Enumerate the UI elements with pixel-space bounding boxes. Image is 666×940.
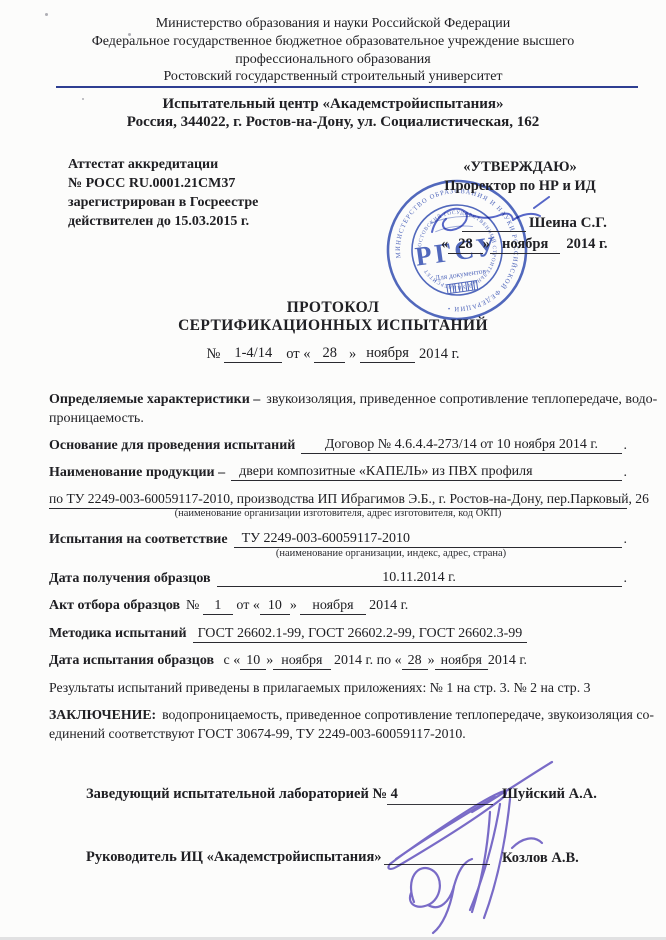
accreditation-block: Аттестат аккредитации № РОСС RU.0001.21С…	[68, 155, 258, 231]
protocol-number-line: №1-4/14от «28»ноября2014 г.	[0, 345, 666, 363]
field-product-value: двери композитные «КАПЕЛЬ» из ПВХ профил…	[231, 464, 621, 481]
protocol-year: 2014 г.	[419, 346, 460, 363]
dates-month1: ноября	[273, 653, 330, 670]
field-product-label: Наименование продукции –	[49, 465, 231, 481]
period: .	[622, 571, 628, 587]
act-no-sign: №	[186, 598, 199, 613]
institution-line-1: Федеральное государственное бюджетное об…	[0, 34, 666, 50]
approver-signature-line	[462, 215, 526, 232]
signatory-title-director: Руководитель ИЦ «Академстройиспытания»	[86, 849, 382, 866]
characteristics-line-1: Определяемые характеристики –звукоизоляц…	[49, 392, 657, 408]
conclusion-line-2: единений соответствуют ГОСТ 30674-99, ТУ…	[49, 726, 466, 742]
protocol-number: 1-4/14	[224, 345, 282, 363]
quote-close: »	[428, 653, 435, 668]
act-year: 2014 г.	[369, 598, 408, 613]
accreditation-line: действителен до 15.03.2015 г.	[68, 212, 258, 231]
field-basis: Основание для проведения испытанийДогово…	[49, 437, 627, 454]
approver-signature-row: Шеина С.Г.	[462, 215, 607, 232]
approver-title: Проректор по НР и ИД	[418, 177, 622, 196]
field-test-dates: Дата испытания образцов с «10»ноября 201…	[49, 653, 527, 670]
field-basis-value: Договор № 4.6.4.4-273/14 от 10 ноября 20…	[301, 437, 621, 454]
header-divider	[56, 86, 638, 88]
institution-line-2: профессионального образования	[0, 52, 666, 68]
act-number: 1	[203, 598, 233, 615]
conclusion-line-1: ЗАКЛЮЧЕНИЕ:водопроницаемость, приведенно…	[49, 707, 654, 723]
characteristics-text: звукоизоляция, приведенное сопротивление…	[266, 392, 657, 407]
university-line: Ростовский государственный строительный …	[0, 69, 666, 85]
quote-open: «	[441, 236, 448, 252]
field-conformity: Испытания на соответствиеТУ 2249-003-600…	[49, 531, 627, 548]
dates-mid: 2014 г. по «	[334, 653, 402, 668]
period: .	[622, 465, 628, 481]
act-month: ноября	[300, 598, 365, 615]
field-received-date: Дата получения образцов10.11.2014 г..	[49, 570, 627, 587]
conclusion-label: ЗАКЛЮЧЕНИЕ:	[49, 707, 162, 722]
quote-close: »	[483, 236, 490, 252]
quote-close: »	[266, 653, 273, 668]
signatory-name-director: Козлов А.В.	[502, 850, 579, 867]
test-center-address: Россия, 344022, г. Ростов-на-Дону, ул. С…	[0, 114, 666, 131]
protocol-title-line-1: ПРОТОКОЛ	[0, 299, 666, 317]
field-received-value: 10.11.2014 г.	[217, 570, 622, 587]
protocol-title-line-2: СЕРТИФИКАЦИОННЫХ ИСПЫТАНИЙ	[0, 317, 666, 335]
act-from: от «	[236, 598, 259, 613]
dates-day2: 28	[402, 653, 428, 670]
conclusion-text: водопроницаемость, приведенное сопротивл…	[162, 707, 654, 722]
dates-year: 2014 г.	[488, 653, 527, 668]
dates-month2: ноября	[435, 653, 488, 670]
number-mid: от «	[286, 346, 310, 363]
characteristics-label: Определяемые характеристики –	[49, 392, 266, 407]
accreditation-line: Аттестат аккредитации	[68, 155, 258, 174]
dates-day1: 10	[240, 653, 266, 670]
quote-close: »	[349, 346, 356, 363]
field-product: Наименование продукции –двери композитны…	[49, 464, 627, 481]
characteristics-line-2: проницаемость.	[49, 411, 144, 427]
protocol-month: ноября	[360, 345, 415, 363]
period: .	[622, 438, 628, 454]
protocol-day: 28	[314, 345, 345, 363]
approve-heading: «УТВЕРЖДАЮ»	[418, 158, 622, 177]
field-sampling-act: Акт отбора образцов№ 1 от «10» ноября 20…	[49, 598, 408, 615]
signatory-name-lab-head: Шуйский А.А.	[502, 786, 597, 803]
stamp-barcode	[447, 281, 478, 294]
approval-date-line: «28»ноября2014 г.	[441, 236, 608, 254]
signature-line-2	[384, 864, 490, 865]
test-center-name: Испытательный центр «Академстройиспытани…	[0, 96, 666, 113]
field-conformity-value: ТУ 2249-003-60059117-2010	[234, 531, 622, 548]
ministry-line: Министерство образования и науки Российс…	[0, 16, 666, 32]
approval-day: 28	[448, 236, 483, 254]
field-method: Методика испытанийГОСТ 26602.1-99, ГОСТ …	[49, 626, 527, 643]
field-product-continuation: по ТУ 2249-003-60059117-2010, производст…	[49, 491, 627, 509]
period: .	[622, 532, 628, 548]
handwritten-signatures	[360, 752, 565, 938]
accreditation-line: № РОСС RU.0001.21СМ37	[68, 174, 258, 193]
dates-from: с «	[224, 653, 241, 668]
field-test-dates-label: Дата испытания образцов	[49, 653, 220, 668]
field-product-continuation-text: по ТУ 2249-003-60059117-2010, производст…	[49, 491, 627, 509]
quote-close: »	[290, 598, 297, 613]
manufacturer-note: (наименование организации изготовителя, …	[49, 508, 627, 519]
signatory-title-lab-head: Заведующий испытательной лабораторией № …	[86, 786, 398, 803]
field-method-value: ГОСТ 26602.1-99, ГОСТ 26602.2-99, ГОСТ 2…	[193, 626, 528, 643]
document-page: Министерство образования и науки Российс…	[0, 0, 666, 940]
approver-name: Шеина С.Г.	[529, 215, 607, 232]
act-day: 10	[260, 598, 290, 615]
field-method-label: Методика испытаний	[49, 626, 193, 641]
number-prefix: №	[207, 346, 221, 363]
signature-line-1	[387, 804, 493, 805]
organization-note: (наименование организации, индекс, адрес…	[236, 548, 546, 559]
approval-year: 2014 г.	[566, 236, 607, 252]
results-line: Результаты испытаний приведены в прилага…	[49, 680, 591, 696]
approval-month: ноября	[490, 236, 560, 254]
accreditation-line: зарегистрирован в Госреестре	[68, 193, 258, 212]
stamp-purpose: Для документов	[434, 266, 487, 282]
field-received-label: Дата получения образцов	[49, 571, 217, 587]
field-conformity-label: Испытания на соответствие	[49, 532, 234, 548]
field-basis-label: Основание для проведения испытаний	[49, 438, 301, 454]
field-act-label: Акт отбора образцов	[49, 598, 186, 613]
approval-block: «УТВЕРЖДАЮ» Проректор по НР и ИД	[418, 158, 622, 196]
